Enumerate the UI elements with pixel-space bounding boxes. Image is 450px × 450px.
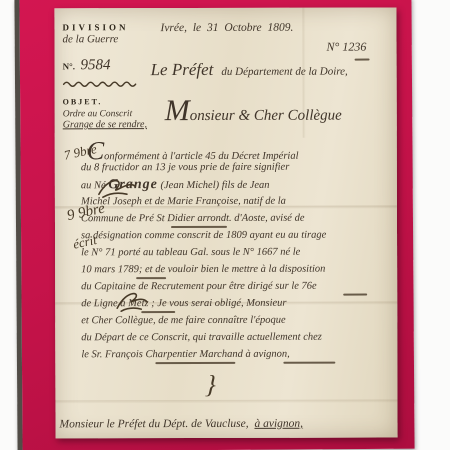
objet-line1: Ordre au Conscrit — [63, 109, 147, 119]
body-line: Conformément à l'article 45 du Décret Im… — [81, 142, 383, 160]
closing-flourish: } — [205, 370, 217, 400]
address-place: à avignon, — [254, 418, 303, 430]
ink-underline-76e — [343, 294, 367, 296]
number-label: N°. — [63, 61, 75, 71]
number-value: 9584 — [80, 57, 110, 73]
salutation: Monsieur & Cher Collègue — [165, 94, 342, 128]
red-mat-background: DIVISION de la Guerre N°. 9584 OBJET. Or… — [14, 0, 414, 450]
dossier-number: N°. 9584 — [63, 57, 147, 74]
dateline: Ivrée, le 31 Octobre 1809. — [160, 22, 293, 34]
ink-underline-st-didier — [171, 226, 227, 228]
paraph-squiggle-icon — [111, 284, 151, 314]
division-value: de la Guerre — [62, 33, 146, 45]
letter-paper: DIVISION de la Guerre N°. 9584 OBJET. Or… — [54, 7, 397, 438]
body-line: sa désignation comme conscrit de 1809 ay… — [81, 227, 383, 245]
sender-line: Le Préfet du Département de la Doire, — [151, 60, 348, 81]
letterhead-block: DIVISION de la Guerre N°. 9584 OBJET. Or… — [62, 22, 147, 130]
reference-underline — [355, 59, 370, 61]
objet-label: OBJET. — [63, 97, 147, 106]
body-line: 10 mars 1789; et de vouloir bien le mett… — [81, 261, 383, 279]
address-recipient: Monsieur le Préfet du Dépt. de Vaucluse, — [60, 418, 249, 430]
division-label: DIVISION — [62, 22, 146, 32]
reference-number: N° 1236 — [327, 40, 367, 55]
paraph-squiggle-icon — [95, 174, 139, 200]
separator-squiggle-icon — [63, 80, 141, 87]
sender-title: Le Préfet — [151, 60, 214, 79]
sender-department: du Département de la Doire, — [221, 66, 347, 78]
ink-underline-avignon — [283, 362, 335, 364]
body-line: du Départ de ce Conscrit, qui travaille … — [81, 329, 383, 347]
body-line: le N° 71 porté au tableau Gal. sous le N… — [81, 244, 383, 262]
address-line: Monsieur le Préfet du Dépt. de Vaucluse,… — [60, 418, 304, 431]
body-line: le Sr. François Charpentier Marchand à a… — [81, 346, 383, 364]
ink-underline-charpentier — [155, 362, 235, 364]
conscript-post: (Jean Michel) fils de Jean — [160, 180, 269, 191]
ink-underline-1789 — [136, 277, 166, 279]
body-line: Commune de Pré St Didier arrondt. d'Aost… — [81, 210, 383, 228]
objet-line2: Grange de se rendre, — [63, 119, 147, 130]
